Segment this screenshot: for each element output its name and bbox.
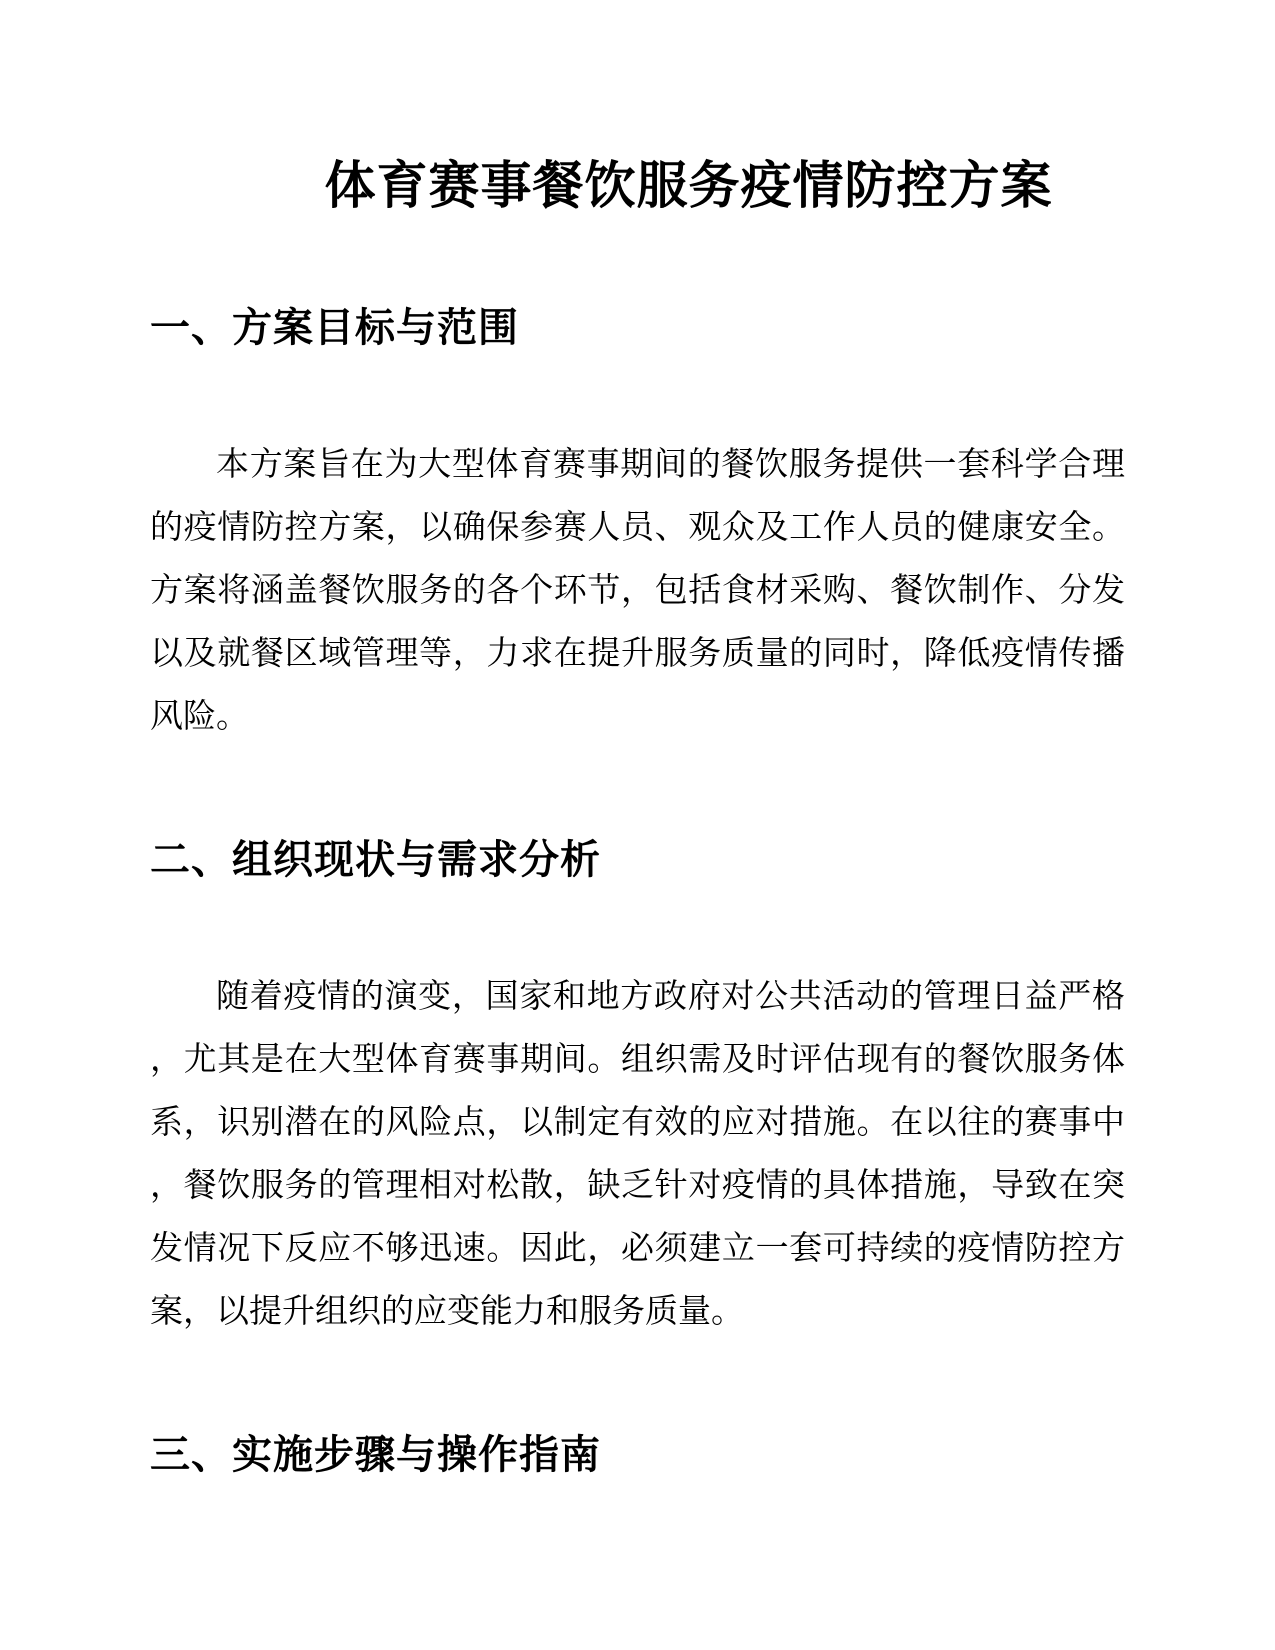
section-2-heading: 二、组织现状与需求分析	[150, 836, 1125, 884]
document-title: 体育赛事餐饮服务疫情防控方案	[150, 155, 1125, 217]
paragraph-line: 发情况下反应不够迅速。因此，必须建立一套可持续的疫情防控方	[150, 1218, 1125, 1281]
document-page: 体育赛事餐饮服务疫情防控方案 一、方案目标与范围 本方案旨在为大型体育赛事期间的…	[0, 0, 1275, 1650]
paragraph-line: ，尤其是在大型体育赛事期间。组织需及时评估现有的餐饮服务体	[150, 1029, 1125, 1092]
section-2-paragraph: 随着疫情的演变，国家和地方政府对公共活动的管理日益严格 ，尤其是在大型体育赛事期…	[150, 966, 1125, 1344]
section-objectives-scope: 一、方案目标与范围 本方案旨在为大型体育赛事期间的餐饮服务提供一套科学合理 的疫…	[150, 304, 1125, 749]
paragraph-line: 系，识别潜在的风险点，以制定有效的应对措施。在以往的赛事中	[150, 1092, 1125, 1155]
paragraph-line: ，餐饮服务的管理相对松散，缺乏针对疫情的具体措施，导致在突	[150, 1155, 1125, 1218]
section-1-paragraph: 本方案旨在为大型体育赛事期间的餐饮服务提供一套科学合理 的疫情防控方案，以确保参…	[150, 434, 1125, 749]
paragraph-line: 以及就餐区域管理等，力求在提升服务质量的同时，降低疫情传播	[150, 623, 1125, 686]
paragraph-line: 风险。	[150, 686, 1125, 749]
document-content: 体育赛事餐饮服务疫情防控方案 一、方案目标与范围 本方案旨在为大型体育赛事期间的…	[0, 155, 1275, 1479]
section-implementation-guide: 三、实施步骤与操作指南	[150, 1431, 1125, 1479]
paragraph-line: 随着疫情的演变，国家和地方政府对公共活动的管理日益严格	[150, 966, 1125, 1029]
section-1-heading: 一、方案目标与范围	[150, 304, 1125, 352]
paragraph-line: 的疫情防控方案，以确保参赛人员、观众及工作人员的健康安全。	[150, 497, 1125, 560]
paragraph-line: 本方案旨在为大型体育赛事期间的餐饮服务提供一套科学合理	[150, 434, 1125, 497]
section-3-heading: 三、实施步骤与操作指南	[150, 1431, 1125, 1479]
section-status-needs-analysis: 二、组织现状与需求分析 随着疫情的演变，国家和地方政府对公共活动的管理日益严格 …	[150, 836, 1125, 1344]
paragraph-line: 方案将涵盖餐饮服务的各个环节，包括食材采购、餐饮制作、分发	[150, 560, 1125, 623]
paragraph-line: 案，以提升组织的应变能力和服务质量。	[150, 1281, 1125, 1344]
